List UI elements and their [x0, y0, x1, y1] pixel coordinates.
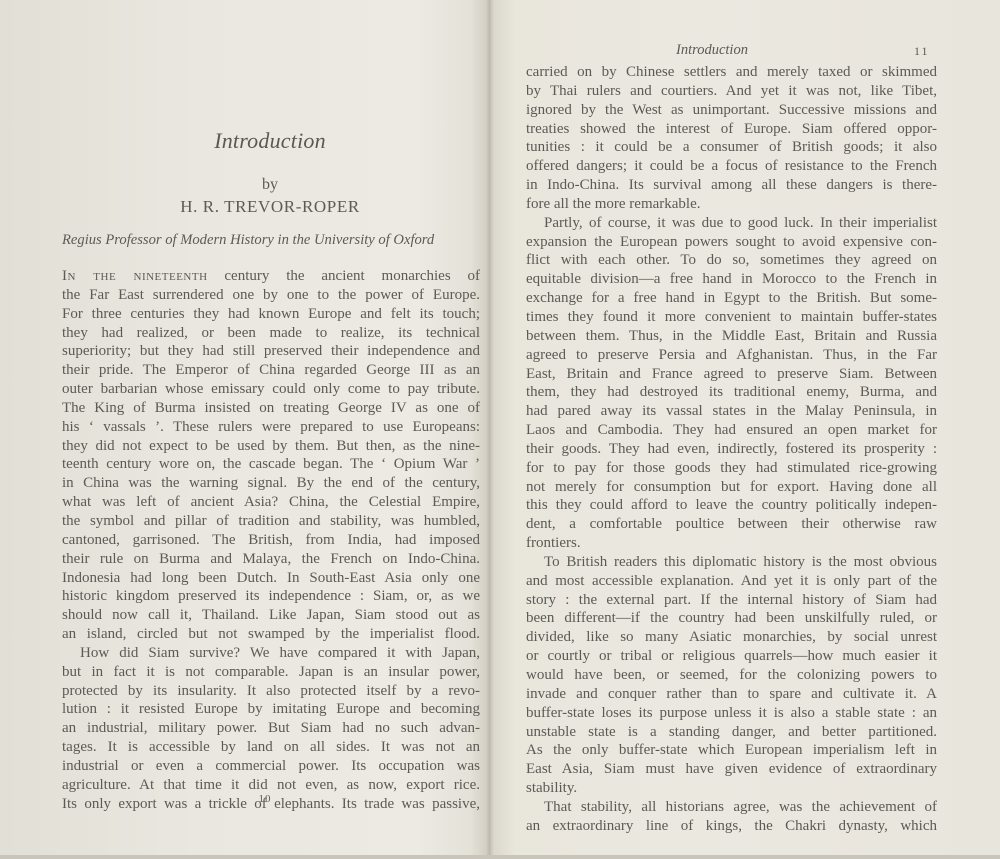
text-line: would have been, or seemed, for the colo… [526, 666, 937, 685]
text-line: Indonesia had long been Dutch. In South-… [62, 569, 480, 588]
text-line: in China was the warning signal. By the … [62, 474, 480, 493]
text-line: cantoned, garrisoned. The British, from … [62, 531, 480, 550]
page-bottom-edge [0, 855, 1000, 859]
text-line: for to pay for those goods they had stim… [526, 459, 937, 478]
page-number-left: 10 [0, 793, 530, 805]
left-body-text: In the nineteenth century the ancient mo… [62, 267, 480, 813]
text-line: Partly, of course, it was due to good lu… [526, 214, 937, 233]
text-line: and most accessible explanation. And yet… [526, 572, 937, 591]
text-line: an island, circled but not swamped by th… [62, 625, 480, 644]
text-line: unstable state is a standing danger, and… [526, 723, 937, 742]
text-line: carried on by Chinese settlers and merel… [526, 63, 937, 82]
text-line: For three centuries they had known Europ… [62, 305, 480, 324]
text-line: That stability, all historians agree, wa… [526, 798, 937, 817]
text-line: The King of Burma insisted on treating G… [62, 399, 480, 418]
text-line: tages. It is accessible by land on all s… [62, 738, 480, 757]
text-line: protected by its insularity. It also pro… [62, 682, 480, 701]
text-line: their goods. They had even, indirectly, … [526, 440, 937, 459]
text-line: exchange for a free hand in Egypt to the… [526, 289, 937, 308]
text-line: the symbol and pillar of tradition and s… [62, 512, 480, 531]
text-line: industrial or even a commercial power. I… [62, 757, 480, 776]
text-line: agreed to preserve Persia and Afghanista… [526, 346, 937, 365]
text-line: they had realized, or been made to reali… [62, 324, 480, 343]
book-spread: Introduction by H. R. TREVOR-ROPER Regiu… [0, 0, 1000, 859]
text-line: their rule on Burma and Malaya, the Fren… [62, 550, 480, 569]
text-line: not merely for consumption but for expor… [526, 478, 937, 497]
text-line: dent, a comfortable poultice between the… [526, 515, 937, 534]
text-line: their pride. The Emperor of China regard… [62, 361, 480, 380]
text-line: As the only buffer-state which European … [526, 741, 937, 760]
text-line: ignored by the West as unimportant. Succ… [526, 101, 937, 120]
left-page: Introduction by H. R. TREVOR-ROPER Regiu… [0, 0, 490, 859]
text-line: expansion the European powers sought to … [526, 233, 937, 252]
text-line: his ‘ vassals ’. These rulers were prepa… [62, 418, 480, 437]
text-line: frontiers. [526, 534, 937, 553]
text-line: an extraordinary line of kings, the Chak… [526, 817, 937, 836]
byline: by [0, 176, 490, 194]
text-line: outer barbarian whose emissary could onl… [62, 380, 480, 399]
text-line: offered dangers; it could be a focus of … [526, 157, 937, 176]
text-line: buffer-state loses its purpose unless it… [526, 704, 937, 723]
text-line: superiority; but they had still preserve… [62, 342, 480, 361]
chapter-title: Introduction [0, 128, 490, 154]
text-line: in Indo-China. Its survival among all th… [526, 176, 937, 195]
text-line: by Thai rulers and courtiers. And yet it… [526, 82, 937, 101]
text-line: equitable division—a free hand in Morocc… [526, 270, 937, 289]
text-line: Laos and Cambodia. They had ensured an o… [526, 421, 937, 440]
opening-smallcaps: In the nineteenth [62, 268, 208, 284]
text-line: this they could afford to leave the coun… [526, 496, 937, 515]
text-line: or courtly or tribal or religious quarre… [526, 647, 937, 666]
text-line: an industrial, military power. But Siam … [62, 719, 480, 738]
text-line: fore all the more remarkable. [526, 195, 937, 214]
text-line: stability. [526, 779, 937, 798]
text-line: between them. Thus, in the Middle East, … [526, 327, 937, 346]
text-line: invade and conquer rather than to spare … [526, 685, 937, 704]
text-line: what was left of ancient Asia? China, th… [62, 493, 480, 512]
running-head-title: Introduction [676, 42, 748, 59]
text-line: the Far East surrendered one by one to t… [62, 286, 480, 305]
right-page: Introduction 11 carried on by Chinese se… [490, 0, 1000, 859]
text-line: In the nineteenth century the ancient mo… [62, 267, 480, 286]
text-line: East, Britain and France agreed to prese… [526, 365, 937, 384]
text-line: times they found it more convenient to m… [526, 308, 937, 327]
author-name: H. R. TREVOR-ROPER [0, 197, 490, 217]
right-body-text: carried on by Chinese settlers and merel… [526, 63, 937, 836]
text-line: How did Siam survive? We have compared i… [62, 644, 480, 663]
author-affiliation: Regius Professor of Modern History in th… [62, 232, 482, 249]
text-line: agriculture. At that time it did not eve… [62, 776, 480, 795]
text-line: tunities : it could be a consumer of Bri… [526, 138, 937, 157]
text-line: To British readers this diplomatic histo… [526, 553, 937, 572]
page-number-right: 11 [914, 44, 930, 59]
text-line: lution : it resisted Europe by imitating… [62, 700, 480, 719]
text-line: flict with each other. To do so, sometim… [526, 251, 937, 270]
text-line: them, they had destroyed its traditional… [526, 383, 937, 402]
text-line: story : the external part. If the intern… [526, 591, 937, 610]
text-line: had pared away its vassal states in the … [526, 402, 937, 421]
text-line: they did not expect to be used by them. … [62, 437, 480, 456]
text-line: treaties showed the interest of Europe. … [526, 120, 937, 139]
text-line: historic kingdom preserved its independe… [62, 587, 480, 606]
text-line: should now call it, Thailand. Like Japan… [62, 606, 480, 625]
text-line: divided, like so many Asiatic monarchies… [526, 628, 937, 647]
text-line: but in fact it is not comparable. Japan … [62, 663, 480, 682]
book-gutter [486, 0, 494, 859]
text-line: East Asia, Siam must have given evidence… [526, 760, 937, 779]
text-line: been different—if the country had been u… [526, 609, 937, 628]
text-line: teenth century wore on, the cascade bega… [62, 455, 480, 474]
